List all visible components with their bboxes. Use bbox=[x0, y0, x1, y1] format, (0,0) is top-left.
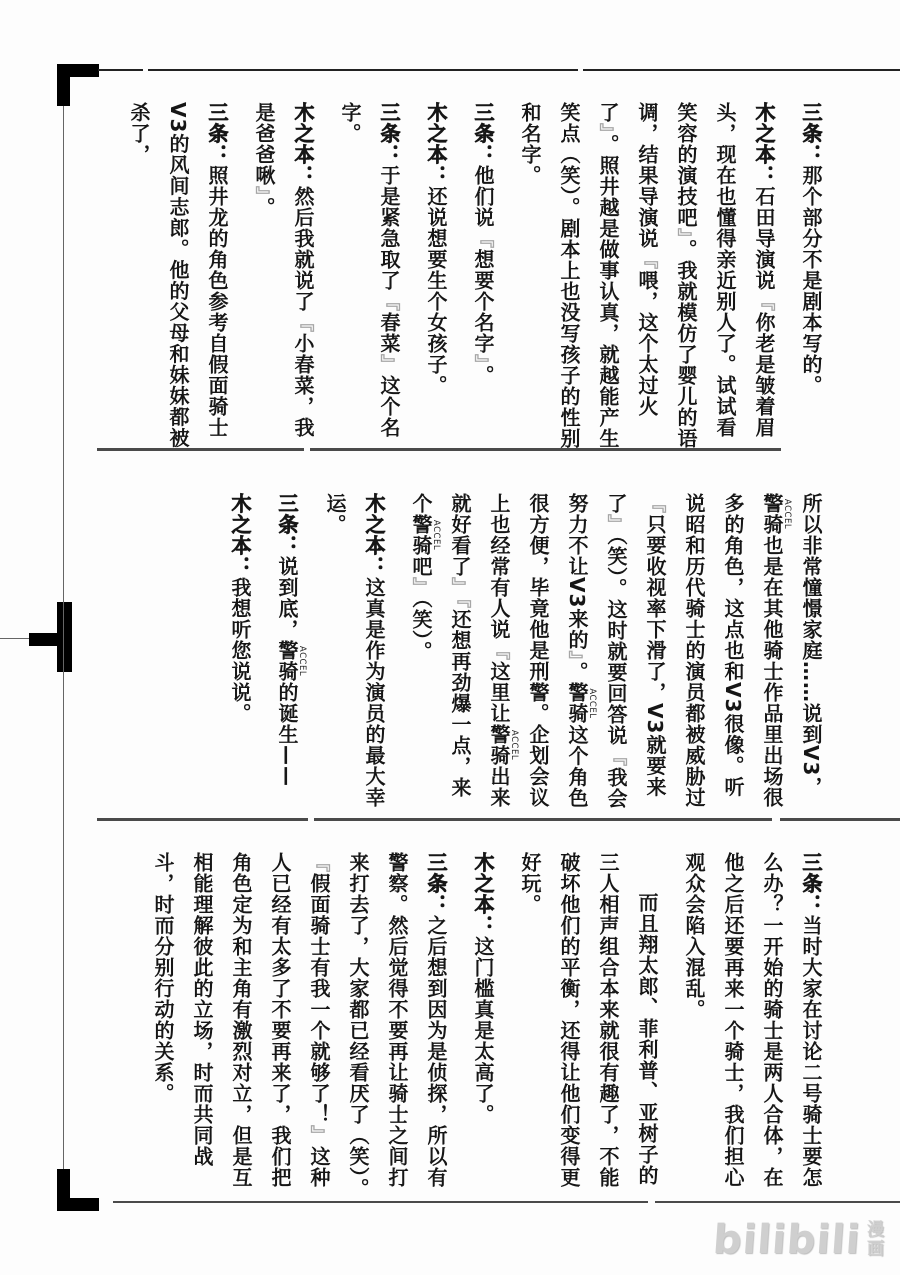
dialogue-paragraph: 三条：照井龙的角色参考自假面骑士V3的风间志郎。他的父母和妹妹都被杀了， bbox=[119, 102, 236, 450]
speaker-name: 木之本： bbox=[291, 102, 315, 186]
quote-bracket: 』 bbox=[674, 228, 698, 239]
section-divider bbox=[97, 818, 308, 821]
speaker-name: 木之本： bbox=[424, 102, 448, 186]
speaker-name: 三条： bbox=[799, 852, 823, 915]
ruby-accel: 警骑ACCEL bbox=[487, 724, 511, 766]
quote-bracket: 』 bbox=[377, 354, 401, 375]
quote-bracket: 『 bbox=[487, 640, 511, 661]
speaker-name: 三条： bbox=[799, 102, 823, 165]
quote-bracket: 』 bbox=[596, 123, 620, 134]
quote-bracket: 『 bbox=[635, 249, 659, 270]
dialogue-paragraph: 三条：当时大家在讨论二号骑士要怎么办？一开始的骑士是两人合体，在他之后还要再来一… bbox=[674, 852, 830, 1206]
dialogue-paragraph: 木之本：石田导演说『你老是皱着眉头，现在也懂得亲近别人了。试试看笑容的演技吧』。… bbox=[510, 102, 783, 450]
quote-bracket: 『 bbox=[448, 598, 472, 609]
interview-section-3: 三条：当时大家在讨论二号骑士要怎么办？一开始的骑士是两人合体，在他之后还要再来一… bbox=[104, 852, 830, 1206]
trim-mark-bottom-left-h bbox=[57, 1198, 99, 1211]
ruby-accel: 警骑ACCEL bbox=[760, 493, 784, 535]
speaker-name: 三条： bbox=[205, 102, 229, 165]
ruby-accel: 警骑ACCEL bbox=[565, 682, 589, 724]
dialogue-paragraph: 三条：他们说『想要个名字』。 bbox=[463, 102, 502, 450]
speaker-name: 三条： bbox=[471, 102, 495, 165]
trim-mark-center-left-v bbox=[57, 602, 72, 672]
dialogue-paragraph: 而且翔太郎、菲利普、亚树子的三人相声组合本来就很有趣了，不能破坏他们的平衡，还得… bbox=[510, 852, 666, 1206]
interview-section-1: 三条：那个部分不是剧本写的。木之本：石田导演说『你老是皱着眉头，现在也懂得亲近别… bbox=[104, 102, 830, 450]
section-divider bbox=[780, 818, 900, 821]
quote-bracket: 』 bbox=[565, 650, 589, 661]
quote-bracket: 『 bbox=[307, 852, 331, 873]
quote-bracket: 』 bbox=[471, 354, 495, 365]
top-rule bbox=[148, 69, 578, 71]
bilibili-manga-watermark: bilibili 漫 画 bbox=[713, 1217, 884, 1263]
bilibili-logo: bilibili bbox=[712, 1217, 863, 1263]
quote-bracket: 』 bbox=[307, 1125, 331, 1146]
dialogue-paragraph: 所以非常憧憬家庭……说到V3，警骑ACCEL也是在其他骑士作品里出场很多的角色，… bbox=[401, 493, 830, 817]
dialogue-paragraph: 木之本：这门槛真是太高了。 bbox=[463, 852, 502, 1206]
quote-bracket: 』 bbox=[604, 514, 628, 535]
dialogue-paragraph: 木之本：我想听您说说。 bbox=[220, 493, 259, 817]
trim-mark-center-left-arm bbox=[29, 633, 57, 646]
quote-bracket: 『 bbox=[604, 746, 628, 767]
speaker-name: 木之本： bbox=[228, 493, 252, 577]
speaker-name: 三条： bbox=[424, 852, 448, 915]
top-rule bbox=[98, 69, 143, 71]
quote-bracket: 『 bbox=[752, 291, 776, 312]
speaker-name: 木之本： bbox=[752, 102, 776, 186]
speaker-name: 三条： bbox=[377, 102, 401, 165]
dialogue-paragraph: 木之本：然后我就说了『小春菜，我是爸爸啾』。 bbox=[244, 102, 322, 450]
trim-mark-top-left-v bbox=[57, 64, 70, 106]
top-rule bbox=[583, 69, 900, 71]
ruby-accel: 警骑ACCEL bbox=[275, 640, 299, 682]
interview-section-2: 所以非常憧憬家庭……说到V3，警骑ACCEL也是在其他骑士作品里出场很多的角色，… bbox=[104, 493, 830, 817]
manga-label: 漫 画 bbox=[867, 1221, 884, 1259]
section-divider bbox=[314, 818, 772, 821]
dialogue-paragraph: 三条：于是紧急取了『春菜』这个名字。 bbox=[330, 102, 408, 450]
quote-bracket: 『 bbox=[643, 493, 667, 514]
quote-bracket: 』 bbox=[448, 577, 472, 598]
trim-guide-horizontal bbox=[0, 638, 29, 639]
quote-bracket: 』 bbox=[252, 186, 276, 197]
ruby-accel: 警骑ACCEL bbox=[409, 514, 433, 556]
manga-page: { "watermark": { "brand": "bilibili", "s… bbox=[0, 0, 900, 1275]
dialogue-paragraph: 三条：之后想到因为是侦探，所以有警察。然后觉得不要再让骑士之间打来打去了，大家都… bbox=[143, 852, 455, 1206]
dialogue-paragraph: 木之本：还说想要生个女孩子。 bbox=[416, 102, 455, 450]
dialogue-paragraph: 木之本：这真是作为演员的最大幸运。 bbox=[315, 493, 393, 817]
quote-bracket: 『 bbox=[471, 228, 495, 249]
dialogue-paragraph: 三条：那个部分不是剧本写的。 bbox=[791, 102, 830, 450]
trim-guide-vertical bbox=[63, 106, 64, 1169]
speaker-name: 木之本： bbox=[471, 852, 495, 936]
quote-bracket: 『 bbox=[377, 291, 401, 312]
quote-bracket: 『 bbox=[291, 312, 315, 333]
quote-bracket: 』 bbox=[409, 577, 433, 598]
speaker-name: 木之本： bbox=[362, 493, 386, 577]
speaker-name: 三条： bbox=[275, 493, 299, 556]
dialogue-paragraph: 三条：说到底，警骑ACCEL的诞生—— bbox=[267, 493, 307, 817]
